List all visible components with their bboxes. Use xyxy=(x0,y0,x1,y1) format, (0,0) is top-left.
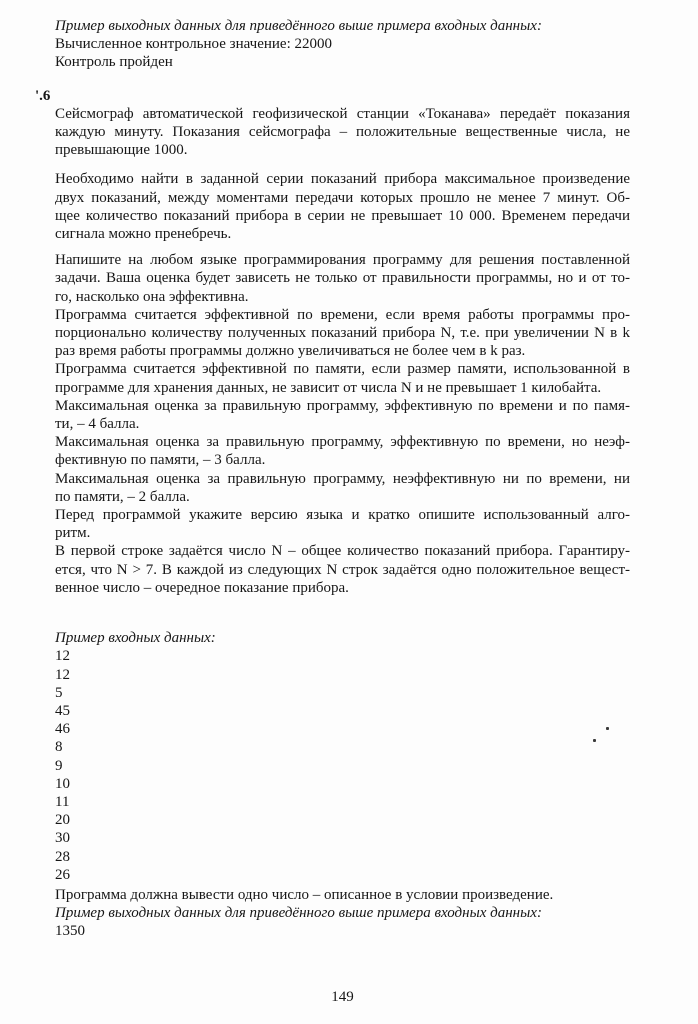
output-section: Программа должна вывести одно число – оп… xyxy=(55,886,630,941)
paragraph-score-3: Максимальная оценка за правильную програ… xyxy=(55,433,630,469)
text-line: Максимальная оценка за правильную програ… xyxy=(55,433,630,451)
text-line: щее количество показаний прибора в серии… xyxy=(55,207,630,225)
input-value: 12 xyxy=(55,647,630,665)
paragraph-score-2: Максимальная оценка за правильную програ… xyxy=(55,470,630,506)
input-value: 9 xyxy=(55,757,630,775)
text-line: ти, – 4 балла. xyxy=(55,415,630,433)
text-line: го, насколько она эффективна. xyxy=(55,288,630,306)
page-number: 149 xyxy=(55,988,630,1006)
text-line: венное число – очередное показание прибо… xyxy=(55,579,630,597)
scan-speck xyxy=(606,727,609,730)
input-value: 10 xyxy=(55,775,630,793)
input-example-values: 12125454689101120302826 xyxy=(55,647,630,884)
input-value: 8 xyxy=(55,738,630,756)
text-line: двух показаний, между моментами передачи… xyxy=(55,189,630,207)
input-example-caption: Пример входных данных: xyxy=(55,629,630,647)
text-line: сигнала можно пренебречь. xyxy=(55,225,630,243)
text-line: каждую минуту. Показания сейсмографа – п… xyxy=(55,123,630,141)
paragraph-input-format: В первой строке задаётся число N – общее… xyxy=(55,542,630,597)
text-line: Необходимо найти в заданной серии показа… xyxy=(55,170,630,188)
text-line: по памяти, – 2 балла. xyxy=(55,488,630,506)
text-line: В первой строке задаётся число N – общее… xyxy=(55,542,630,560)
text-line: Перед программой укажите версию языка и … xyxy=(55,506,630,524)
paragraph-language-note: Перед программой укажите версию языка и … xyxy=(55,506,630,542)
text-line: программе для хранения данных, не зависи… xyxy=(55,379,630,397)
paragraph-write-program: Напишите на любом языке программирования… xyxy=(55,251,630,306)
input-value: 28 xyxy=(55,848,630,866)
paragraph-score-4: Максимальная оценка за правильную програ… xyxy=(55,397,630,433)
output-example-value: 1350 xyxy=(55,922,630,940)
paragraph-memory-efficiency: Программа считается эффективной по памят… xyxy=(55,360,630,396)
previous-output-example-caption: Пример выходных данных для приведённого … xyxy=(55,17,630,35)
input-value: 46 xyxy=(55,720,630,738)
input-value: 5 xyxy=(55,684,630,702)
input-value: 26 xyxy=(55,866,630,884)
task-number: '.6 xyxy=(35,87,630,105)
input-example: Пример входных данных: 12125454689101120… xyxy=(55,629,630,884)
previous-output-example-line-status: Контроль пройден xyxy=(55,53,630,71)
input-value: 45 xyxy=(55,702,630,720)
previous-output-example-line-checksum: Вычисленное контрольное значение: 22000 xyxy=(55,35,630,53)
paragraph-time-efficiency: Программа считается эффективной по време… xyxy=(55,306,630,361)
text-line: Сейсмограф автоматической геофизической … xyxy=(55,105,630,123)
previous-task-output-example: Пример выходных данных для приведённого … xyxy=(55,17,630,72)
input-value: 20 xyxy=(55,811,630,829)
text-line: Напишите на любом языке программирования… xyxy=(55,251,630,269)
text-line: фективную по памяти, – 3 балла. xyxy=(55,451,630,469)
text-line: задачи. Ваша оценка будет зависеть не то… xyxy=(55,269,630,287)
task-statement: Сейсмограф автоматической геофизической … xyxy=(55,105,630,597)
text-line: Программа считается эффективной по памят… xyxy=(55,360,630,378)
input-value: 12 xyxy=(55,666,630,684)
scanned-document-page: Пример выходных данных для приведённого … xyxy=(0,0,698,1024)
text-line: Программа считается эффективной по време… xyxy=(55,306,630,324)
output-example-caption: Пример выходных данных для приведённого … xyxy=(55,904,630,922)
input-value: 30 xyxy=(55,829,630,847)
text-line: Максимальная оценка за правильную програ… xyxy=(55,397,630,415)
paragraph-seismograph-intro: Сейсмограф автоматической геофизической … xyxy=(55,105,630,160)
output-spec: Программа должна вывести одно число – оп… xyxy=(55,886,630,904)
text-line: превышающие 1000. xyxy=(55,141,630,159)
paragraph-problem-goal: Необходимо найти в заданной серии показа… xyxy=(55,170,630,243)
input-value: 11 xyxy=(55,793,630,811)
scan-speck xyxy=(593,739,596,742)
text-line: раз время работы программы должно увелич… xyxy=(55,342,630,360)
text-line: Максимальная оценка за правильную програ… xyxy=(55,470,630,488)
text-line: ется, что N > 7. В каждой из следующих N… xyxy=(55,561,630,579)
text-line: порционально количеству полученных показ… xyxy=(55,324,630,342)
text-line: ритм. xyxy=(55,524,630,542)
